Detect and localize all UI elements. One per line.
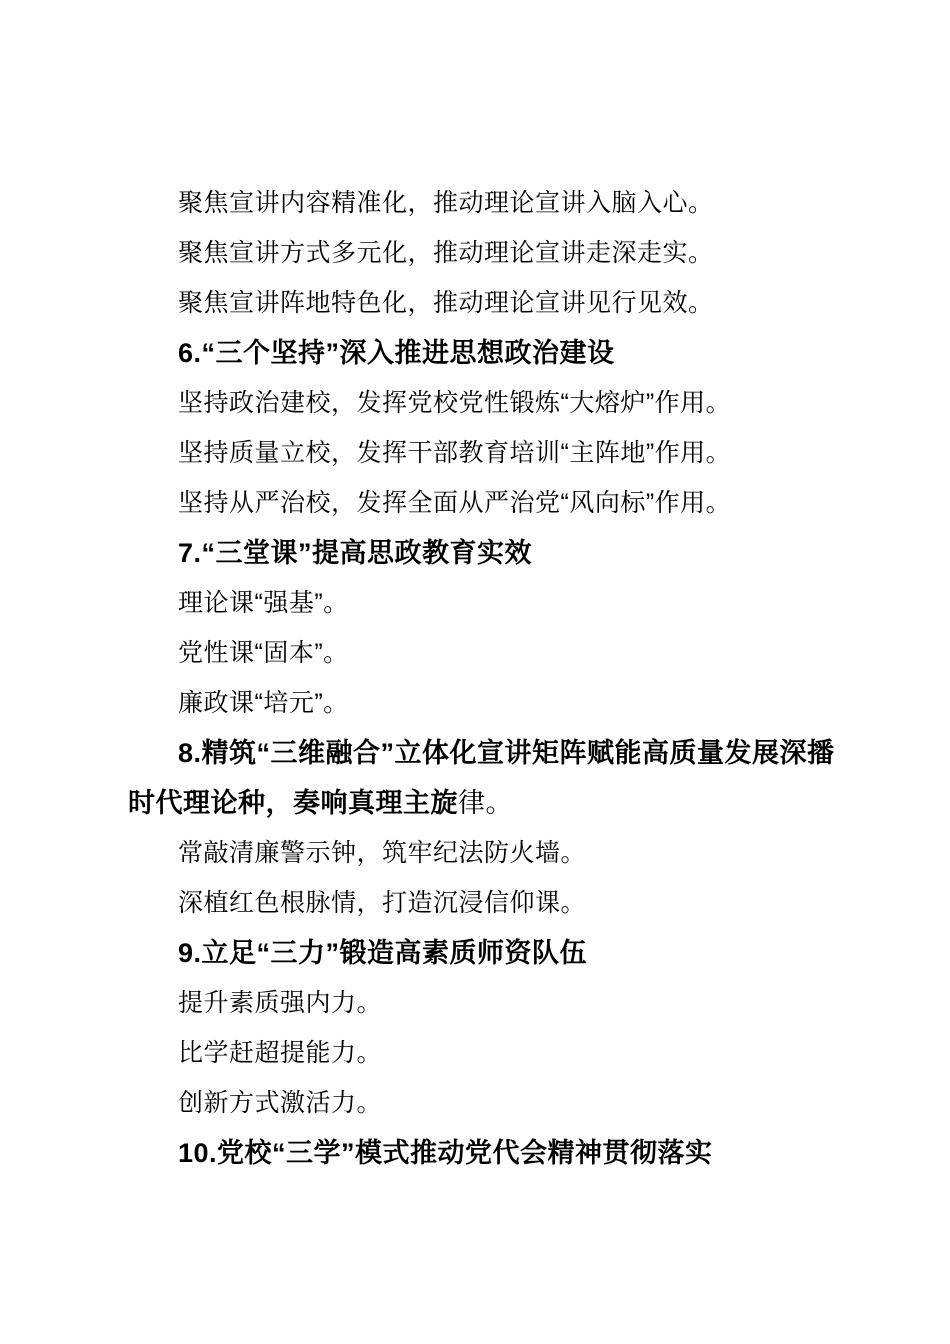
heading-paragraph: 10.党校“三学”模式推动党代会精神贯彻落实 (128, 1128, 840, 1178)
body-paragraph: 提升素质强内力。 (128, 978, 840, 1028)
body-paragraph: 坚持质量立校，发挥干部教育培训“主阵地”作用。 (128, 428, 840, 478)
heading-paragraph: 9.立足“三力”锻造高素质师资队伍 (128, 928, 840, 978)
body-paragraph: 深植红色根脉情，打造沉浸信仰课。 (128, 878, 840, 928)
body-paragraph: 创新方式激活力。 (128, 1078, 840, 1128)
body-paragraph: 理论课“强基”。 (128, 578, 840, 628)
heading-paragraph: 7.“三堂课”提高思政教育实效 (128, 528, 840, 578)
body-paragraph: 聚焦宣讲阵地特色化，推动理论宣讲见行见效。 (128, 278, 840, 328)
heading-paragraph: 6.“三个坚持”深入推进思想政治建设 (128, 328, 840, 378)
heading-normal-segment: 律。 (458, 788, 513, 818)
body-paragraph: 聚焦宣讲内容精准化，推动理论宣讲入脑入心。 (128, 178, 840, 228)
body-paragraph: 比学赶超提能力。 (128, 1028, 840, 1078)
document-content: 聚焦宣讲内容精准化，推动理论宣讲入脑入心。聚焦宣讲方式多元化，推动理论宣讲走深走… (128, 178, 840, 1178)
body-paragraph: 党性课“固本”。 (128, 628, 840, 678)
body-paragraph: 坚持政治建校，发挥党校党性锻炼“大熔炉”作用。 (128, 378, 840, 428)
body-paragraph: 坚持从严治校，发挥全面从严治党“风向标”作用。 (128, 478, 840, 528)
body-paragraph: 聚焦宣讲方式多元化，推动理论宣讲走深走实。 (128, 228, 840, 278)
body-paragraph: 常敲清廉警示钟，筑牢纪法防火墙。 (128, 828, 840, 878)
document-page: 聚焦宣讲内容精准化，推动理论宣讲入脑入心。聚焦宣讲方式多元化，推动理论宣讲走深走… (0, 0, 950, 1344)
body-paragraph: 廉政课“培元”。 (128, 678, 840, 728)
heading-paragraph: 8.精筑“三维融合”立体化宣讲矩阵赋能高质量发展深播时代理论种，奏响真理主旋律。 (128, 728, 840, 828)
